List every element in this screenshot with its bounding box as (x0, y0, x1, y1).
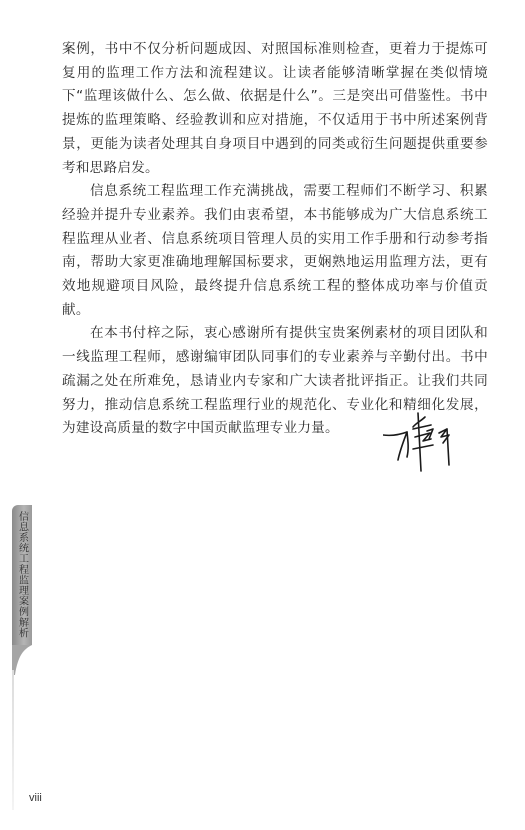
side-tab-tail (12, 645, 32, 675)
paragraph-2: 信息系统工程监理工作充满挑战，需要工程师们不断学习、积累经验并提升专业素养。我们… (62, 180, 488, 322)
signature-icon (383, 405, 473, 475)
side-tab-title: 信息系统工程监理案例解析 (12, 511, 32, 638)
page-number: viii (29, 792, 42, 804)
paragraph-1: 案例，书中不仅分析问题成因、对照国标准则检查，更着力于提炼可复用的监理工作方法和… (62, 38, 488, 180)
page-body: 案例，书中不仅分析问题成因、对照国标准则检查，更着力于提炼可复用的监理工作方法和… (62, 38, 488, 441)
side-margin-line (12, 670, 14, 810)
chapter-side-tab: 信息系统工程监理案例解析 (12, 505, 32, 645)
